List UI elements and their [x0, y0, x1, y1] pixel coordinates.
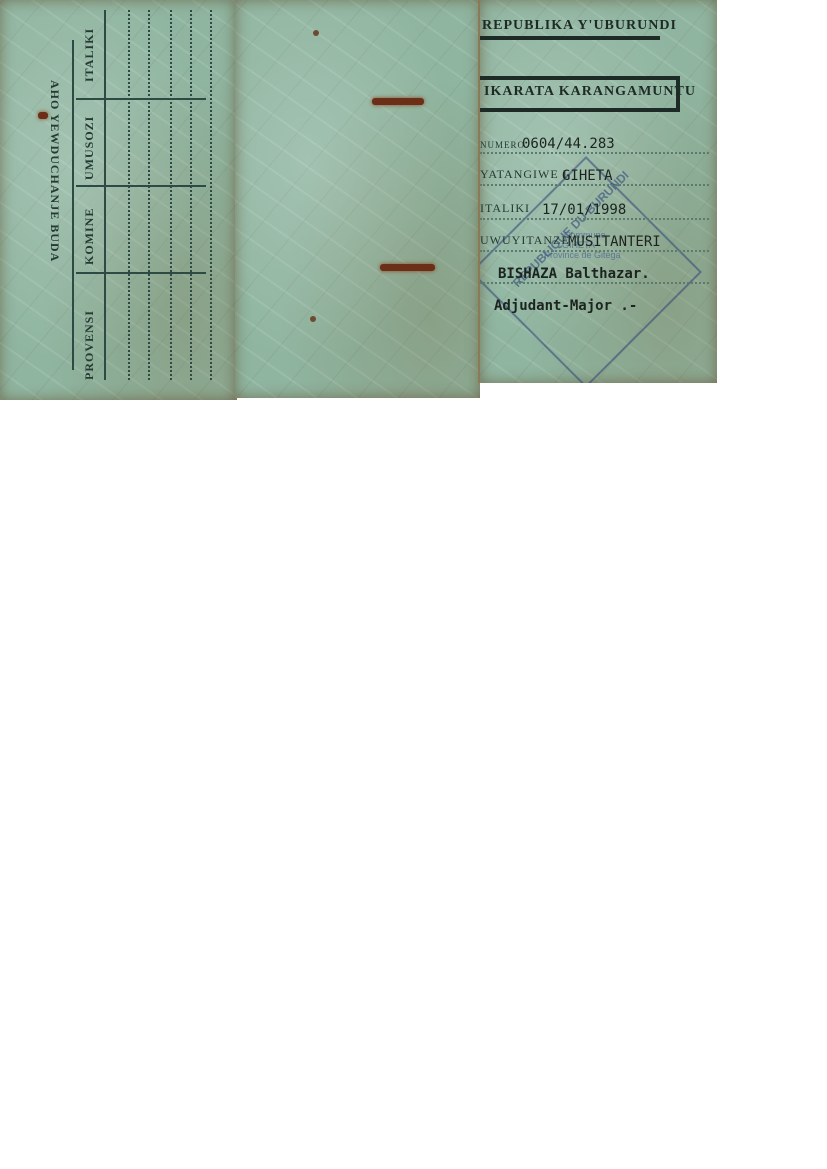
field-issuer: UWUYITANZE MUSITANTERI: [480, 226, 709, 252]
middle-panel-blank: [235, 0, 480, 398]
issuer-rank: Adjudant-Major .-: [494, 298, 637, 314]
field-date: ITALIKI 17/01/1998: [480, 194, 709, 220]
column-separator: [76, 185, 206, 187]
identity-card: AHO YEWDUCHANJE BUDA PROVENSI KOMINE UMU…: [0, 0, 715, 400]
field-issued-at: YATANGIWE I GIHETA: [480, 160, 709, 186]
staple-rust-mark: [372, 98, 424, 105]
column-separator: [76, 272, 206, 274]
stain-spot: [313, 30, 319, 36]
table-dotted-line: [170, 10, 172, 380]
staple-rust-mark: [380, 264, 435, 271]
field-label: ITALIKI: [480, 201, 530, 216]
field-numero: NUMERO 0604/44.283: [480, 128, 709, 154]
rust-stain: [38, 112, 48, 119]
column-header-komine: KOMINE: [82, 208, 97, 265]
left-panel-residence-table: AHO YEWDUCHANJE BUDA PROVENSI KOMINE UMU…: [0, 0, 237, 400]
field-issuer-rank: Adjudant-Major .-: [480, 290, 709, 314]
country-header: REPUBLIKA Y'UBURUNDI: [482, 18, 677, 34]
table-dotted-line: [128, 10, 130, 380]
stain-spot: [310, 316, 316, 322]
table-dotted-line: [148, 10, 150, 380]
column-header-italiki: ITALIKI: [82, 28, 97, 82]
id-number: 0604/44.283: [522, 136, 615, 152]
header-underline: [480, 36, 660, 40]
table-dotted-line: [210, 10, 212, 380]
card-title: IKARATA KARANGAMUNTU: [484, 84, 696, 100]
field-label: YATANGIWE I: [480, 167, 568, 182]
field-label: UWUYITANZE: [480, 233, 570, 248]
table-dotted-line: [190, 10, 192, 380]
field-label: NUMERO: [480, 140, 525, 150]
issuer-name: BISHAZA Balthazar.: [498, 266, 650, 282]
column-header-provensi: PROVENSI: [82, 310, 97, 380]
left-panel-title: AHO YEWDUCHANJE BUDA: [47, 80, 62, 262]
column-header-umusozi: UMUSOZI: [82, 116, 97, 180]
divider: [72, 40, 74, 370]
field-issuer-name: BISHAZA Balthazar.: [480, 258, 709, 284]
issuer-title: MUSITANTERI: [568, 234, 661, 250]
issue-date: 17/01/1998: [542, 202, 626, 218]
right-panel-identity: REPUBLIKA Y'UBURUNDI IKARATA KARANGAMUNT…: [478, 0, 717, 383]
issue-place: GIHETA: [562, 168, 613, 184]
column-separator: [76, 98, 206, 100]
table-line: [104, 10, 106, 380]
